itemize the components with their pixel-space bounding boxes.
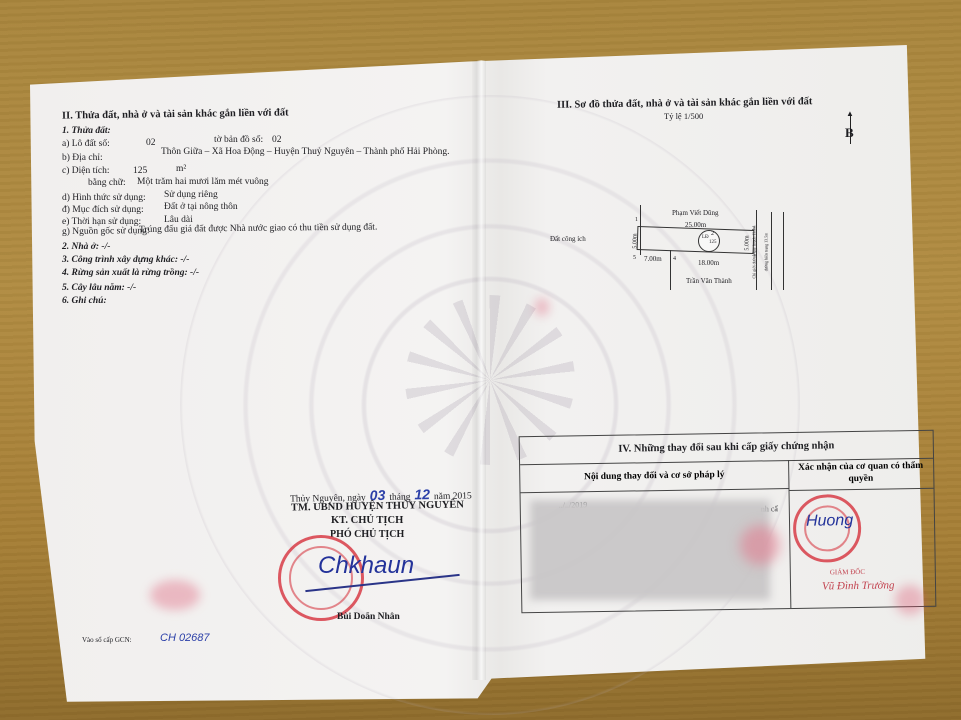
redacted-change-content (530, 500, 770, 600)
north-arrow-icon: ▲ (846, 110, 854, 118)
redacted-stain (740, 525, 780, 565)
road-label-1: Chỉ giới đường quy hoạch 13.5m (753, 225, 757, 278)
origin-label: g) Nguồn gốc sử dụng: (62, 227, 150, 237)
confirm-title: GIÁM ĐỐC (830, 569, 865, 577)
point-1: 1 (635, 217, 638, 223)
usage-form-value: Sử dụng riêng (164, 191, 218, 201)
perennial-item: 5. Cây lâu năm: -/- (62, 284, 136, 294)
forest-item: 4. Rừng sản xuất là rừng trồng: -/- (62, 269, 199, 279)
ink-stain (895, 585, 925, 615)
address-value: Thôn Giữa – Xã Hoa Động – Huyện Thuỷ Ngu… (161, 148, 449, 158)
house-item: 2. Nhà ở: -/- (62, 243, 110, 253)
scale-label: Tỷ lệ 1/500 (664, 112, 703, 121)
point-5: 5 (633, 255, 636, 261)
register-label: Vào sổ cấp GCN: (82, 637, 132, 644)
col-change-content: Nội dung thay đổi và cơ sở pháp lý (520, 460, 789, 493)
other-construction-item: 3. Công trình xây dựng khác: -/- (62, 256, 189, 266)
right-width: 5.00m (745, 235, 751, 250)
west-neighbor: Đất công ích (550, 236, 586, 243)
notes-item: 6. Ghi chú: (62, 297, 107, 307)
ink-stain (535, 298, 549, 316)
lot-value: 02 (146, 139, 156, 149)
usage-form-label: d) Hình thức sử dụng: (62, 194, 146, 204)
south-neighbor: Trần Văn Thành (686, 278, 732, 285)
parcel-area: 125 (709, 240, 717, 245)
col-authority-confirm: Xác nhận của cơ quan có thẩm quyền (788, 458, 933, 491)
area-label: c) Diện tích: (62, 167, 109, 177)
area-unit: m² (176, 165, 186, 175)
road-line (771, 212, 772, 290)
signer-name: Bùi Doãn Nhân (337, 613, 400, 623)
north-neighbor: Phạm Viết Dũng (672, 210, 719, 217)
paper-fold (472, 60, 486, 680)
parcel-number: 2 (711, 231, 714, 237)
on-behalf: KT. CHỦ TỊCH (331, 516, 403, 527)
road-line (783, 212, 784, 290)
road-label-2: đường hiện trạng 13.5m (764, 233, 768, 272)
map-sheet-value: 02 (272, 136, 282, 146)
parcel-diagram: LĐ 2 125 Phạm Viết Dũng Đất công ích Trầ… (580, 190, 820, 300)
confirm-signer: Vũ Đình Trường (822, 580, 895, 592)
usage-purpose-label: đ) Mục đích sử dụng: (62, 206, 144, 216)
ink-stain (150, 580, 200, 610)
column-divider (788, 488, 791, 608)
lot-label: a) Lô đất số: (62, 140, 110, 150)
position-title: PHÓ CHỦ TỊCH (330, 530, 404, 540)
parcel-lot: LĐ (702, 235, 709, 240)
signature: Chkhaun (318, 552, 414, 580)
top-length: 25.00m (685, 222, 706, 229)
boundary-line (670, 250, 671, 290)
address-label: b) Địa chỉ: (62, 154, 103, 164)
usage-purpose-value: Đất ở tại nông thôn (164, 203, 238, 213)
register-value: CH 02687 (160, 633, 210, 644)
area-words-label: bằng chữ: (88, 179, 126, 189)
bottom-left-length: 7.00m (644, 256, 662, 263)
north-label: B (845, 126, 854, 139)
parcel-outline (637, 226, 755, 254)
area-words-value: Một trăm hai mươi lăm mét vuông (137, 178, 269, 188)
map-sheet-label: tờ bản đồ số: (214, 136, 263, 146)
confirm-signature: Huong (806, 512, 853, 531)
land-heading: 1. Thửa đất: (62, 127, 111, 137)
bottom-right-length: 18.00m (698, 260, 719, 267)
point-4: 4 (673, 256, 676, 262)
area-value: 125 (133, 167, 147, 177)
left-width: 5.00m (633, 233, 639, 248)
